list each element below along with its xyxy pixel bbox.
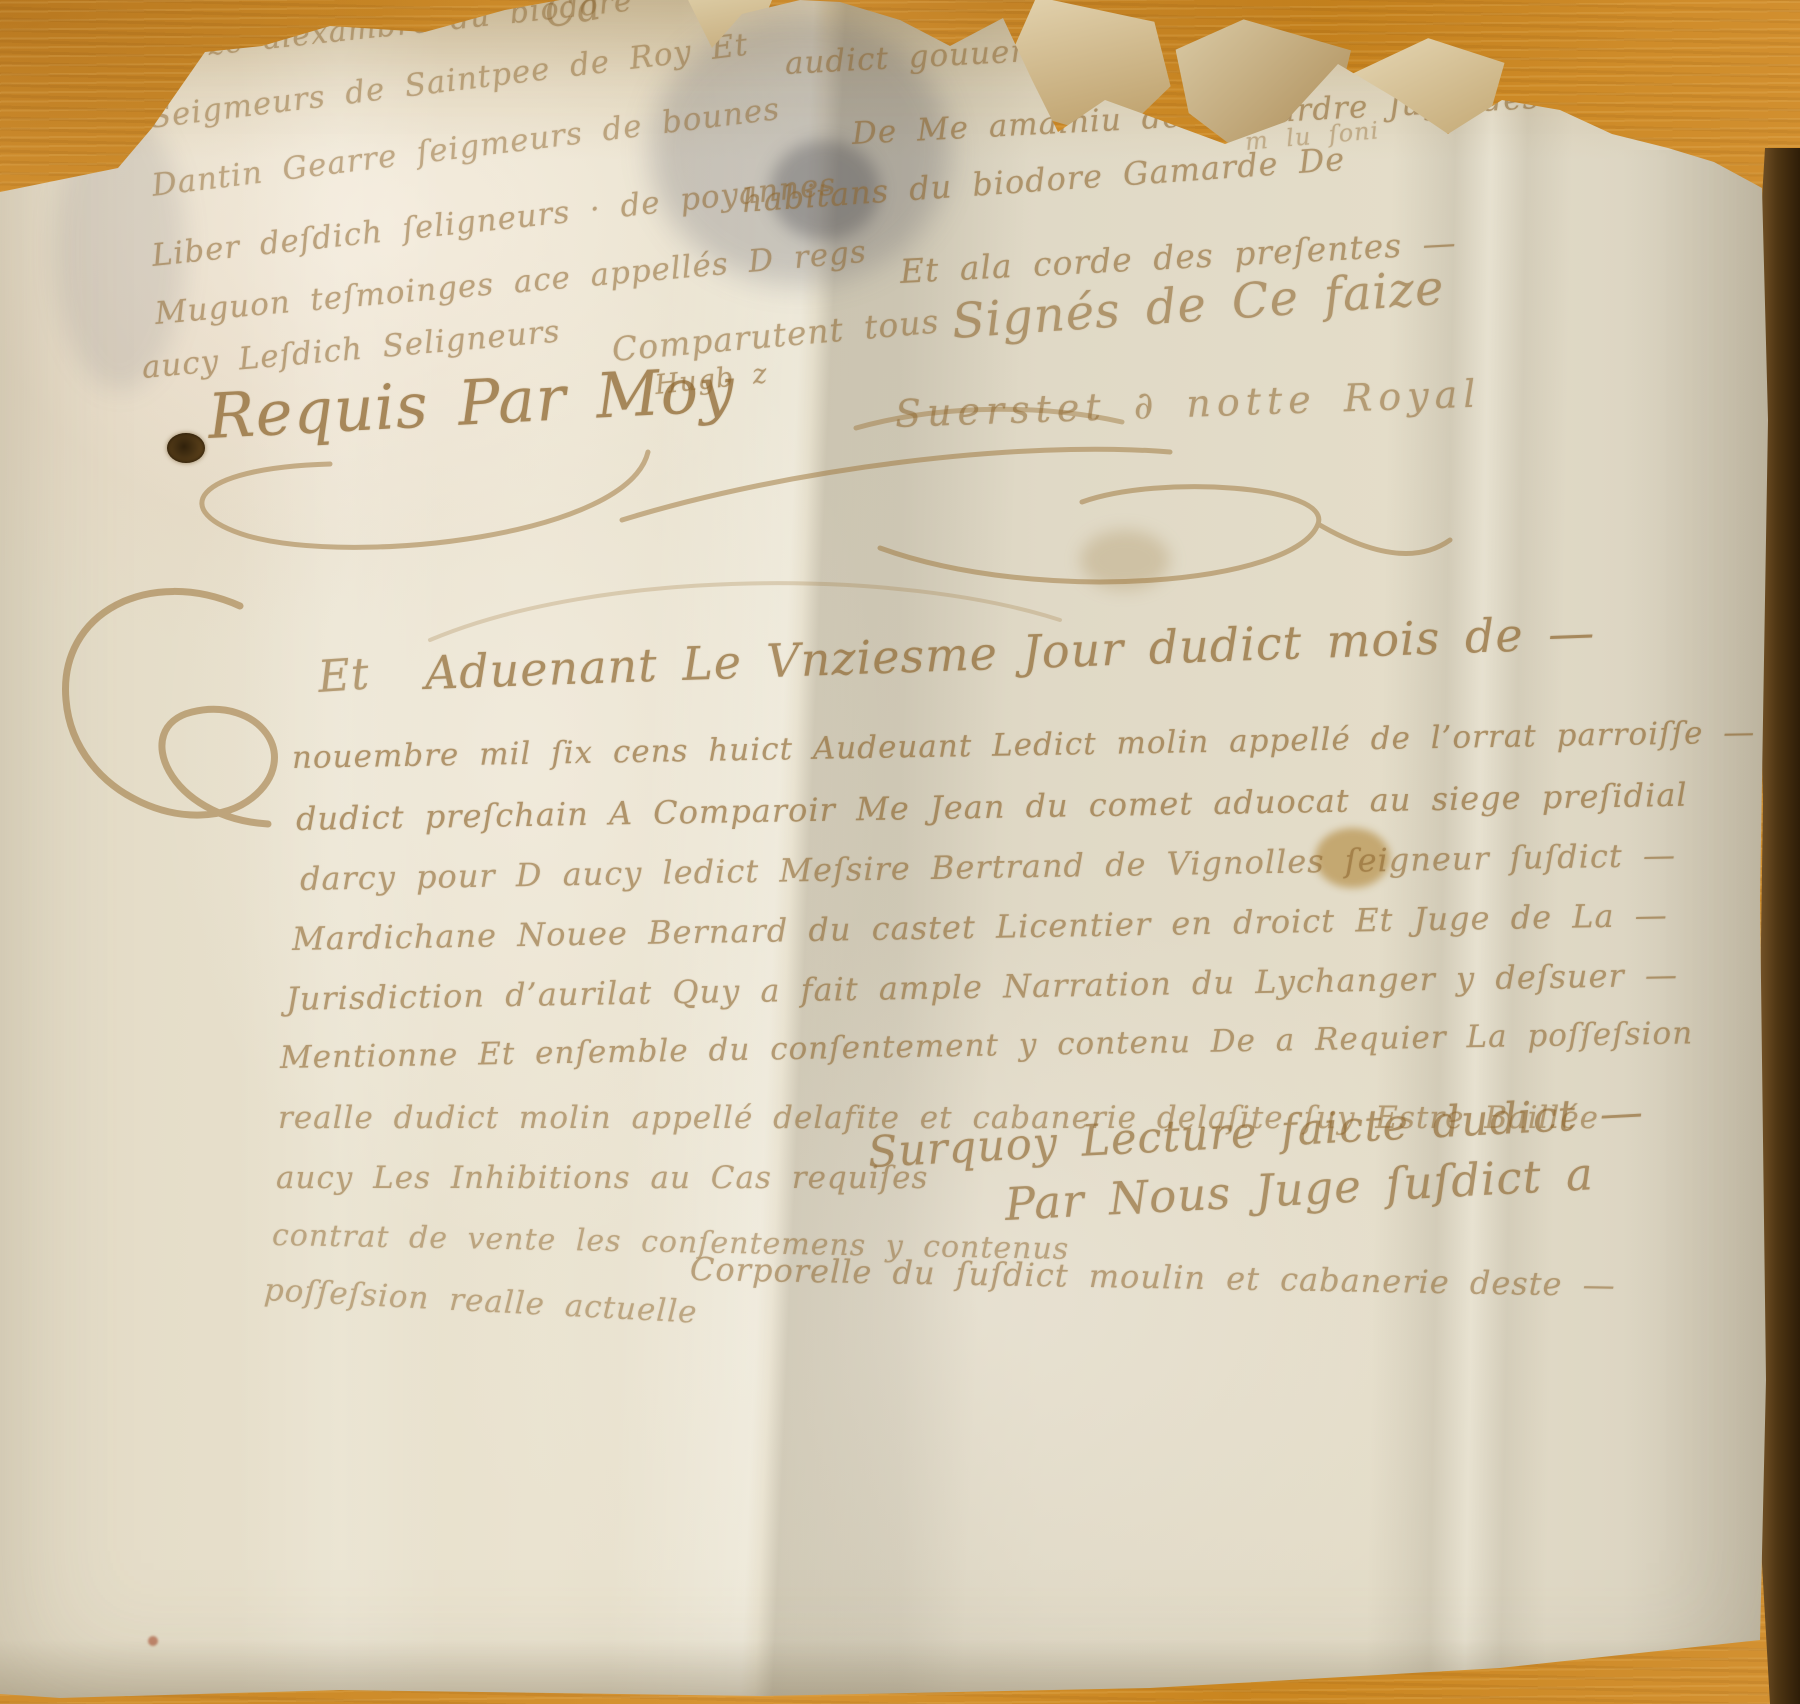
manuscript-line: aucy Leſdich Seligneurs	[140, 313, 561, 385]
manuscript-line: Et ala corde des preſentes —	[899, 223, 1458, 291]
signature-top-stroke	[856, 409, 1122, 428]
pen-flourish-layer	[0, 0, 1800, 1704]
manuscript-line: Et	[316, 648, 371, 702]
ink-smudge-stain	[650, 15, 950, 285]
paragraph-arc-flourish	[430, 583, 1060, 640]
ink-smudge-stain	[770, 140, 880, 240]
photo-of-manuscript: Caze alexambre du biodoreaudict gouuerne…	[0, 0, 1800, 1704]
manuscript-line: Liber deſdich ſeligneurs · de poyannes	[150, 166, 838, 274]
manuscript-line: Comparutent tous	[610, 301, 941, 368]
parchment-hole	[167, 433, 205, 463]
requis-oval-flourish	[202, 452, 648, 547]
decorative-initial-flourish	[66, 591, 275, 824]
signature-loop-flourish	[880, 487, 1450, 582]
manuscript-line: contrat de vente les conſentemens y cont…	[272, 1218, 1070, 1267]
manuscript-line: realle dudict molin appellé delafite et …	[278, 1100, 1599, 1136]
manuscript-line: Ca	[541, 0, 605, 38]
manuscript-line: Hugb z	[653, 358, 769, 401]
manuscript-line: poſſeſsion realle actuelle	[263, 1272, 698, 1331]
faint-stain	[1080, 530, 1170, 590]
right-edge-shading	[1622, 150, 1772, 1704]
manuscript-line: Requis Par Moy	[206, 352, 737, 453]
manuscript-line: Muguon teſmoinges ace appellés D regs	[153, 234, 868, 332]
central-vertical-fold	[603, 0, 1037, 1704]
manuscript-line: Jurisdiction d’aurilat Quy a fait ample …	[286, 956, 1679, 1018]
signature-underline-flourish	[622, 449, 1170, 520]
manuscript-line: darcy pour D aucy ledict Meſsire Bertran…	[300, 836, 1677, 898]
manuscript-line: Surquoy Lecture faicte dudict —	[867, 1087, 1645, 1178]
manuscript-line: Par Nous Juge ſuſdict a	[1004, 1147, 1595, 1231]
manuscript-line: aucy Les Inhibitions au Cas requiſes	[276, 1160, 928, 1196]
manuscript-line: Mardichane Nouee Bernard du castet Licen…	[292, 896, 1668, 958]
manuscript-line: dudict preſchain A Comparoir Me Jean du …	[296, 776, 1688, 838]
manuscript-line: Dantin Gearre ſeigmeurs de bounes	[150, 91, 782, 204]
manuscript-line: Signés de Ce faize	[950, 260, 1446, 350]
manuscript-line: Suerstet ∂ notte Royal	[894, 372, 1482, 436]
manuscript-line: Mentionne Et enſemble du conſentement y …	[280, 1015, 1694, 1076]
manuscript-line: Aduenant Le Vnziesme Jour dudict mois de…	[424, 605, 1596, 700]
manuscript-line: Corporelle du ſuſdict moulin et cabaneri…	[690, 1250, 1616, 1304]
red-speck	[148, 1636, 158, 1646]
left-fold-highlight	[235, 0, 445, 1704]
right-vertical-crease	[1365, 0, 1575, 1704]
manuscript-line: nouembre mil ſix cens huict Audeuant Led…	[292, 714, 1756, 776]
manuscript-line: habitans du biodore Gamarde De	[741, 140, 1347, 220]
parchment-sheet: Caze alexambre du biodoreaudict gouuerne…	[0, 0, 1800, 1704]
ochre-stain	[1315, 828, 1390, 888]
